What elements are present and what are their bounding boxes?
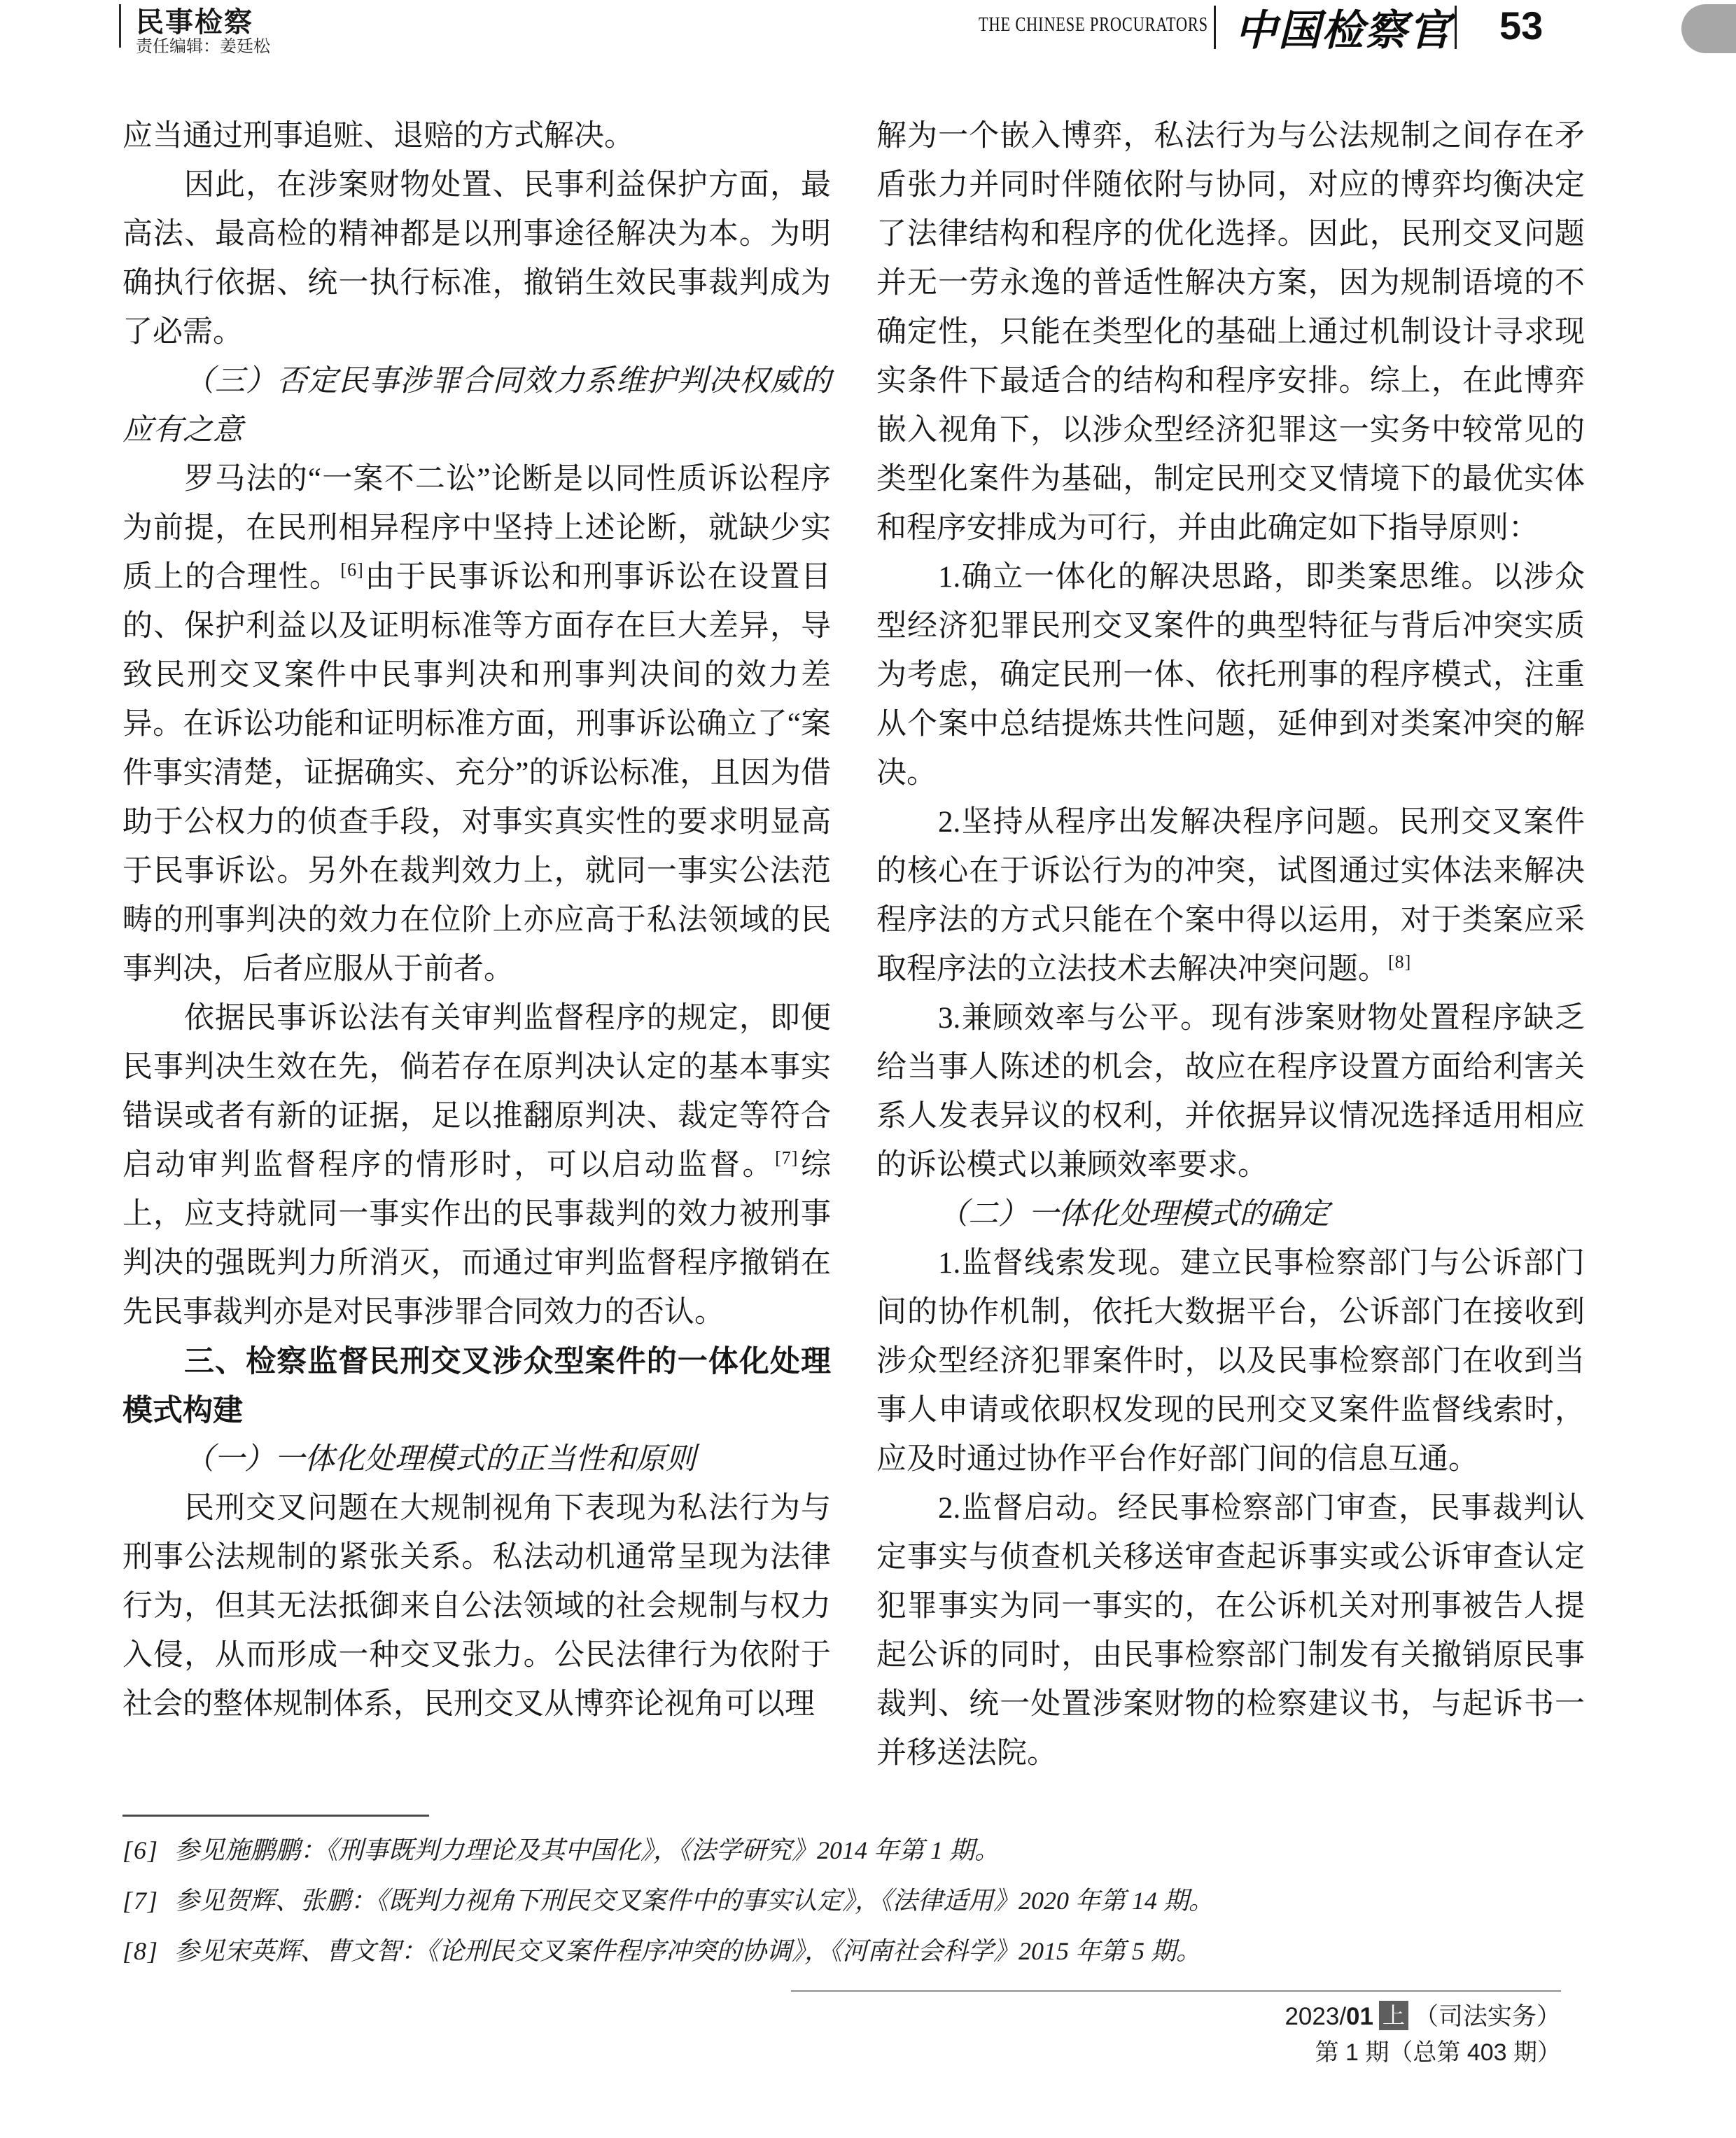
paragraph: 民刑交叉问题在大规制视角下表现为私法行为与刑事公法规制的紧张关系。私法动机通常呈… <box>122 1484 831 1729</box>
footer-issue-number: 第 1 期（总第 403 期） <box>1284 2036 1561 2069</box>
text-run: （一）一体化处理模式的正当性和原则 <box>184 1443 696 1476</box>
paragraph: （二）一体化处理模式的确定 <box>876 1190 1585 1239</box>
footnote-label: [8] <box>122 1937 159 1965</box>
text-run: 依据民事诉讼法有关审判监督程序的规定，即便民事判决生效在先，倘若存在原判决认定的… <box>122 1002 831 1182</box>
text-run: 民刑交叉问题在大规制视角下表现为私法行为与刑事公法规制的紧张关系。私法动机通常呈… <box>122 1492 831 1721</box>
footnote: [6]参见施鹏鹏：《刑事既判力理论及其中国化》，《法学研究》2014 年第 1 … <box>122 1829 1620 1872</box>
footnote-text: 参见施鹏鹏：《刑事既判力理论及其中国化》，《法学研究》2014 年第 1 期。 <box>174 1836 1000 1864</box>
footnote-ref: [6] <box>340 560 363 580</box>
footnote-text: 参见贺辉、张鹏：《既判力视角下刑民交叉案件中的事实认定》，《法律适用》2020 … <box>174 1887 1214 1915</box>
text-run: 由于民事诉讼和刑事诉讼在设置目的、保护利益以及证明标准等方面存在巨大差异，导致民… <box>122 561 831 986</box>
editor-label: 责任编辑：姜廷松 <box>136 32 270 57</box>
paragraph: 因此，在涉案财物处置、民事利益保护方面，最高法、最高检的精神都是以刑事途径解决为… <box>122 161 831 357</box>
text-run: 2.坚持从程序出发解决程序问题。民刑交叉案件的核心在于诉讼行为的冲突，试图通过实… <box>876 806 1585 986</box>
footer-issue-line: 2023/01上（司法实务） <box>1284 2001 1561 2033</box>
paragraph: 依据民事诉讼法有关审判监督程序的规定，即便民事判决生效在先，倘若存在原判决认定的… <box>122 994 831 1337</box>
footnote-label: [7] <box>122 1887 159 1915</box>
text-run: 2.监督启动。经民事检察部门审查，民事裁判认定事实与侦查机关移送审查起诉事实或公… <box>876 1492 1585 1770</box>
text-run: 三、检察监督民刑交叉涉众型案件的一体化处理模式构建 <box>122 1345 831 1427</box>
text-run: （二）一体化处理模式的确定 <box>938 1198 1329 1231</box>
footnote-ref: [7] <box>775 1148 798 1168</box>
footnote-ref: [8] <box>1388 952 1411 972</box>
journal-logo: 中国检察官 <box>1235 0 1452 57</box>
footer-section-label: （司法实务） <box>1414 2003 1561 2030</box>
text-run: 1.确立一体化的解决思路，即类案思维。以涉众型经济犯罪民刑交叉案件的典型特征与背… <box>876 561 1585 790</box>
page-number: 53 <box>1499 3 1543 48</box>
footer-part-badge: 上 <box>1379 2001 1408 2030</box>
text-run: 因此，在涉案财物处置、民事利益保护方面，最高法、最高检的精神都是以刑事途径解决为… <box>122 169 831 349</box>
footnote: [7]参见贺辉、张鹏：《既判力视角下刑民交叉案件中的事实认定》，《法律适用》20… <box>122 1879 1620 1922</box>
footnotes-block: [6]参见施鹏鹏：《刑事既判力理论及其中国化》，《法学研究》2014 年第 1 … <box>122 1829 1620 1980</box>
header-vertical-divider <box>119 4 121 48</box>
text-run: （三）否定民事涉罪合同效力系维护判决权威的应有之意 <box>122 365 831 447</box>
corner-tab <box>1681 4 1736 53</box>
footer-month: 01 <box>1346 2003 1373 2030</box>
paragraph: （三）否定民事涉罪合同效力系维护判决权威的应有之意 <box>122 357 831 455</box>
paragraph: 应当通过刑事追赃、退赔的方式解决。 <box>122 112 831 161</box>
header-divider-1 <box>1214 6 1216 49</box>
paragraph: 三、检察监督民刑交叉涉众型案件的一体化处理模式构建 <box>122 1337 831 1435</box>
right-column: 解为一个嵌入博弈，私法行为与公法规制之间存在矛盾张力并同时伴随依附与协同，对应的… <box>876 112 1585 1778</box>
footer: 2023/01上（司法实务） 第 1 期（总第 403 期） <box>1284 2001 1561 2069</box>
paragraph: 1.确立一体化的解决思路，即类案思维。以涉众型经济犯罪民刑交叉案件的典型特征与背… <box>876 553 1585 798</box>
paragraph: 2.监督启动。经民事检察部门审查，民事裁判认定事实与侦查机关移送审查起诉事实或公… <box>876 1484 1585 1778</box>
text-run: 解为一个嵌入博弈，私法行为与公法规制之间存在矛盾张力并同时伴随依附与协同，对应的… <box>876 120 1585 545</box>
paragraph: 罗马法的“一案不二讼”论断是以同性质诉讼程序为前提，在民刑相异程序中坚持上述论断… <box>122 455 831 994</box>
text-run: 3.兼顾效率与公平。现有涉案财物处置程序缺乏给当事人陈述的机会，故应在程序设置方… <box>876 1002 1585 1182</box>
paragraph: （一）一体化处理模式的正当性和原则 <box>122 1435 831 1484</box>
text-run: 应当通过刑事追赃、退赔的方式解决。 <box>122 120 634 153</box>
paragraph: 解为一个嵌入博弈，私法行为与公法规制之间存在矛盾张力并同时伴随依附与协同，对应的… <box>876 112 1585 553</box>
journal-page: 民事检察 责任编辑：姜廷松 THE CHINESE PROCURATORS 中国… <box>0 0 1736 2138</box>
footnote-text: 参见宋英辉、曹文智：《论刑民交叉案件程序冲突的协调》，《河南社会科学》2015 … <box>174 1937 1201 1965</box>
footnote-label: [6] <box>122 1836 159 1864</box>
left-column: 应当通过刑事追赃、退赔的方式解决。因此，在涉案财物处置、民事利益保护方面，最高法… <box>122 112 831 1729</box>
paragraph: 1.监督线索发现。建立民事检察部门与公诉部门间的协作机制，依托大数据平台，公诉部… <box>876 1239 1585 1484</box>
footnote-separator <box>122 1815 429 1817</box>
footer-rule <box>791 1990 1561 1992</box>
footnote: [8]参见宋英辉、曹文智：《论刑民交叉案件程序冲突的协调》，《河南社会科学》20… <box>122 1929 1620 1973</box>
header-divider-2 <box>1455 6 1457 49</box>
paragraph: 2.坚持从程序出发解决程序问题。民刑交叉案件的核心在于诉讼行为的冲突，试图通过实… <box>876 798 1585 994</box>
text-run: 1.监督线索发现。建立民事检察部门与公诉部门间的协作机制，依托大数据平台，公诉部… <box>876 1247 1585 1476</box>
journal-title-en: THE CHINESE PROCURATORS <box>979 14 1208 36</box>
footer-year: 2023/ <box>1284 2003 1346 2030</box>
paragraph: 3.兼顾效率与公平。现有涉案财物处置程序缺乏给当事人陈述的机会，故应在程序设置方… <box>876 994 1585 1190</box>
